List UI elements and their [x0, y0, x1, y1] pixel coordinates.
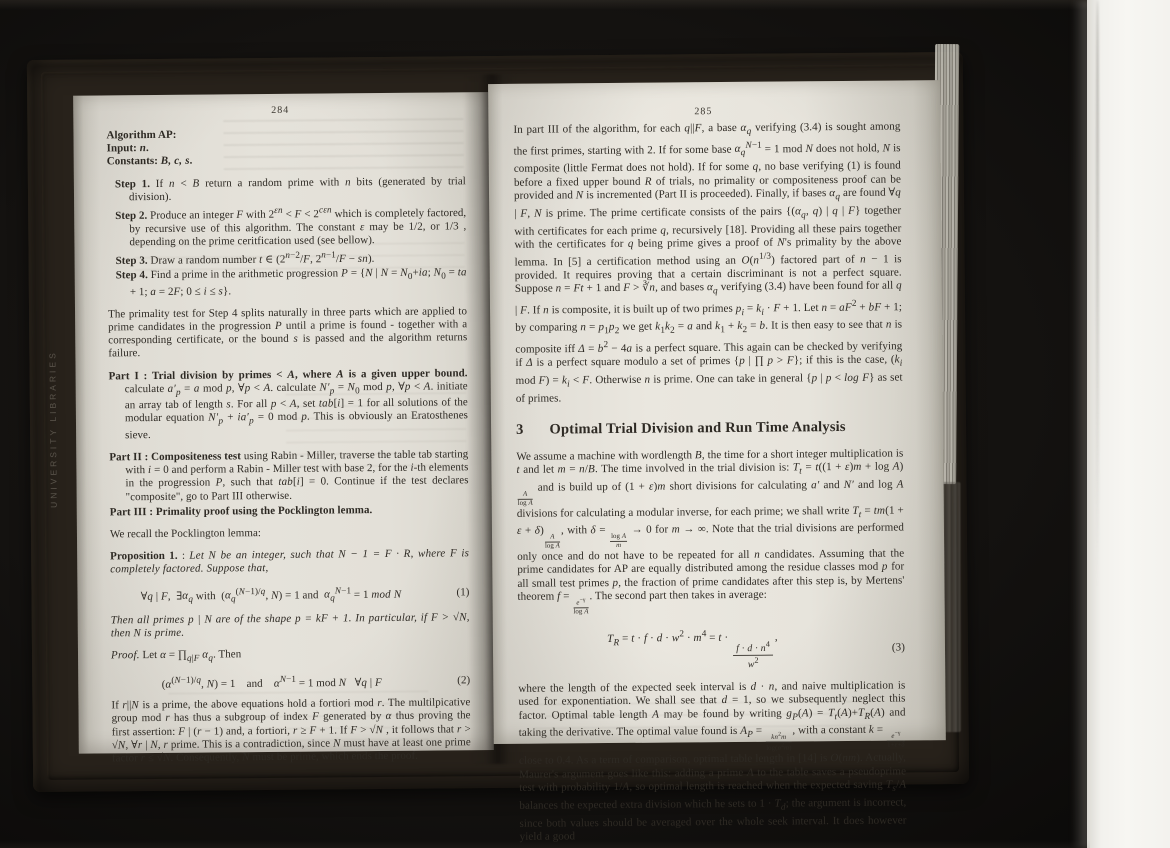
- algorithm-constants: Constants: B, c, s.: [107, 153, 466, 169]
- book: UNIVERSITY LIBRARIES 284 Algorithm AP: I…: [27, 52, 969, 792]
- equation-3-body: TR = t · f · d · w2 · m4 = t · f · d · n…: [518, 627, 867, 674]
- paragraph-machine-model: We assume a machine with wordlength B, t…: [516, 447, 904, 617]
- equation-2: (α(N−1)/q, N) = 1 and αN−1 = 1 mod N ∀q …: [111, 672, 470, 693]
- proposition-conclusion: Then all primes p | N are of the shape p…: [111, 611, 470, 641]
- part-3-primality-proof: Part III : Primality proof using the Poc…: [110, 503, 469, 519]
- scanner-edge-strip: [1087, 0, 1170, 848]
- part-1-trial-division: Part I : Trial division by primes < A, w…: [109, 367, 469, 443]
- step-4: Step 4. Find a prime in the arithmetic p…: [116, 266, 467, 299]
- proof-lead: Proof. Let α = ∏q|F αq. Then: [111, 646, 470, 666]
- proposition-1: Proposition 1. : Let N be an integer, su…: [110, 547, 469, 577]
- step-2: Step 2. Produce an integer F with 2εn < …: [115, 202, 466, 249]
- section-title: Optimal Trial Division and Run Time Anal…: [549, 421, 845, 437]
- proof-body: If r||N is a prime, the above equations …: [111, 697, 471, 766]
- equation-3: TR = t · f · d · w2 · m4 = t · f · d · n…: [518, 626, 905, 673]
- paragraph-part-iii: In part III of the algorithm, for each q…: [513, 120, 902, 406]
- step-1: Step 1. If n < B return a random prime w…: [115, 175, 466, 204]
- page-number-right: 285: [694, 106, 712, 117]
- right-page-content: In part III of the algorithm, for each q…: [513, 120, 906, 844]
- step-3: Step 3. Draw a random number t ∈ (2n−2/F…: [115, 248, 466, 269]
- paragraph-optimal-table: where the length of the expected seek in…: [518, 679, 906, 844]
- page-right: 285 In part III of the algorithm, for ea…: [488, 80, 946, 744]
- part-2-compositeness-test: Part II : Compositeness test using Rabin…: [109, 448, 468, 504]
- equation-3-number: (3): [867, 642, 905, 656]
- paragraph-primality-test: The primality test for Step 4 splits nat…: [108, 305, 467, 361]
- equation-1-body: ∀q | F, ∃αq with (αq(N−1)/q, N) = 1 and …: [110, 583, 431, 607]
- algorithm-header: Algorithm AP: Input: n. Constants: B, c,…: [106, 126, 465, 169]
- facing-page-curve: [1096, 0, 1099, 594]
- equation-1: ∀q | F, ∃αq with (αq(N−1)/q, N) = 1 and …: [110, 583, 469, 607]
- book-photo: UNIVERSITY LIBRARIES 284 Algorithm AP: I…: [0, 0, 1170, 848]
- recall-pocklington: We recall the Pocklington lemma:: [110, 525, 469, 541]
- equation-2-body: (α(N−1)/q, N) = 1 and αN−1 = 1 mod N ∀q …: [111, 672, 432, 693]
- equation-2-number: (2): [432, 674, 470, 688]
- left-page-content: Algorithm AP: Input: n. Constants: B, c,…: [106, 92, 471, 765]
- section-heading: 3 Optimal Trial Division and Run Time An…: [516, 421, 903, 438]
- page-left: 284 Algorithm AP: Input: n. Constants: B…: [73, 92, 494, 754]
- algorithm-steps: Step 1. If n < B return a random prime w…: [115, 175, 467, 299]
- equation-1-number: (1): [431, 587, 469, 601]
- edge-stamp-text: UNIVERSITY LIBRARIES: [47, 308, 59, 508]
- section-number: 3: [516, 424, 524, 438]
